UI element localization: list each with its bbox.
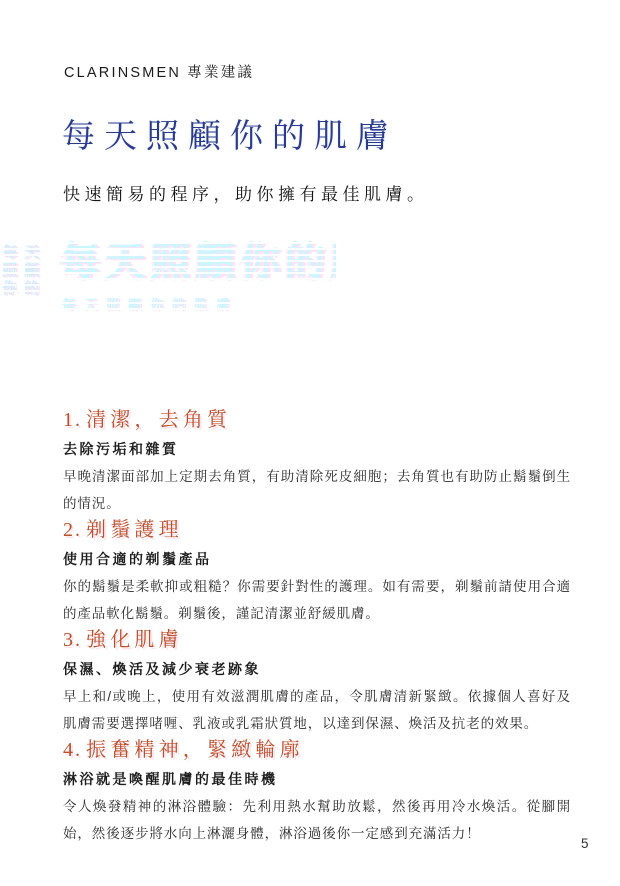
brand-header: CLARINSMEN 專業建議 xyxy=(64,61,254,82)
page-title: 每天照顧你的肌膚 xyxy=(62,110,398,157)
step-heading: 2.剃鬚護理 xyxy=(63,517,571,543)
step-number: 1. xyxy=(63,409,82,431)
routine-steps: 1.清潔，去角質 去除污垢和雜質 早晚清潔面部加上定期去角質，有助清除死皮細胞；… xyxy=(63,407,571,847)
step-number: 4. xyxy=(63,739,82,761)
page-number: 5 xyxy=(581,836,589,851)
brochure-page: { "header": { "brand": "CLARINSMEN 專業建議"… xyxy=(0,0,620,886)
ghost-bottom-fragment: 每天照顧你的肌膚 xyxy=(62,294,238,313)
ghost-stripe-overlay xyxy=(0,230,336,322)
step-3-strengthen-skin: 3.強化肌膚 保濕、煥活及減少衰老跡象 早上和/或晚上，使用有效滋潤肌膚的產品，… xyxy=(63,627,571,737)
step-title: 強化肌膚 xyxy=(86,629,183,651)
page-subtitle: 快速簡易的程序，助你擁有最佳肌膚。 xyxy=(63,180,429,205)
step-subtitle: 去除污垢和雜質 xyxy=(63,440,571,459)
ghost-side-fragment: 每天照顧你的 xyxy=(2,244,62,298)
step-heading: 3.強化肌膚 xyxy=(63,627,571,653)
step-1-cleanse-exfoliate: 1.清潔，去角質 去除污垢和雜質 早晚清潔面部加上定期去角質，有助清除死皮細胞；… xyxy=(63,407,571,517)
step-body: 令人煥發精神的淋浴體驗：先利用熱水幫助放鬆，然後再用冷水煥活。從腳開始，然後逐步… xyxy=(63,793,571,847)
step-body: 你的鬍鬚是柔軟抑或粗糙？你需要針對性的護理。如有需要，剃鬚前請使用合適的產品軟化… xyxy=(63,573,571,627)
step-title: 剃鬚護理 xyxy=(86,519,183,541)
ghost-text-artifact: 每天照顧你的 每天照顧你的肌 每天照顧你的肌膚 xyxy=(0,230,336,322)
step-title: 振奮精神，緊緻輪廓 xyxy=(86,739,304,761)
step-subtitle: 使用合適的剃鬚產品 xyxy=(63,550,571,569)
step-body: 早晚清潔面部加上定期去角質，有助清除死皮細胞；去角質也有助防止鬍鬚倒生的情況。 xyxy=(63,463,571,517)
step-4-energize-firm: 4.振奮精神，緊緻輪廓 淋浴就是喚醒肌膚的最佳時機 令人煥發精神的淋浴體驗：先利… xyxy=(63,737,571,847)
step-number: 2. xyxy=(63,519,82,541)
step-body: 早上和/或晚上，使用有效滋潤肌膚的產品，令肌膚清新緊緻。依據個人喜好及肌膚需要選… xyxy=(63,683,571,737)
step-heading: 4.振奮精神，緊緻輪廓 xyxy=(63,737,571,763)
ghost-main-fragment: 每天照顧你的肌 xyxy=(60,230,336,287)
step-2-shaving-care: 2.剃鬚護理 使用合適的剃鬚產品 你的鬍鬚是柔軟抑或粗糙？你需要針對性的護理。如… xyxy=(63,517,571,627)
step-heading: 1.清潔，去角質 xyxy=(63,407,571,433)
step-title: 清潔，去角質 xyxy=(86,409,231,431)
step-subtitle: 保濕、煥活及減少衰老跡象 xyxy=(63,660,571,679)
step-number: 3. xyxy=(63,629,82,651)
step-subtitle: 淋浴就是喚醒肌膚的最佳時機 xyxy=(63,770,571,789)
